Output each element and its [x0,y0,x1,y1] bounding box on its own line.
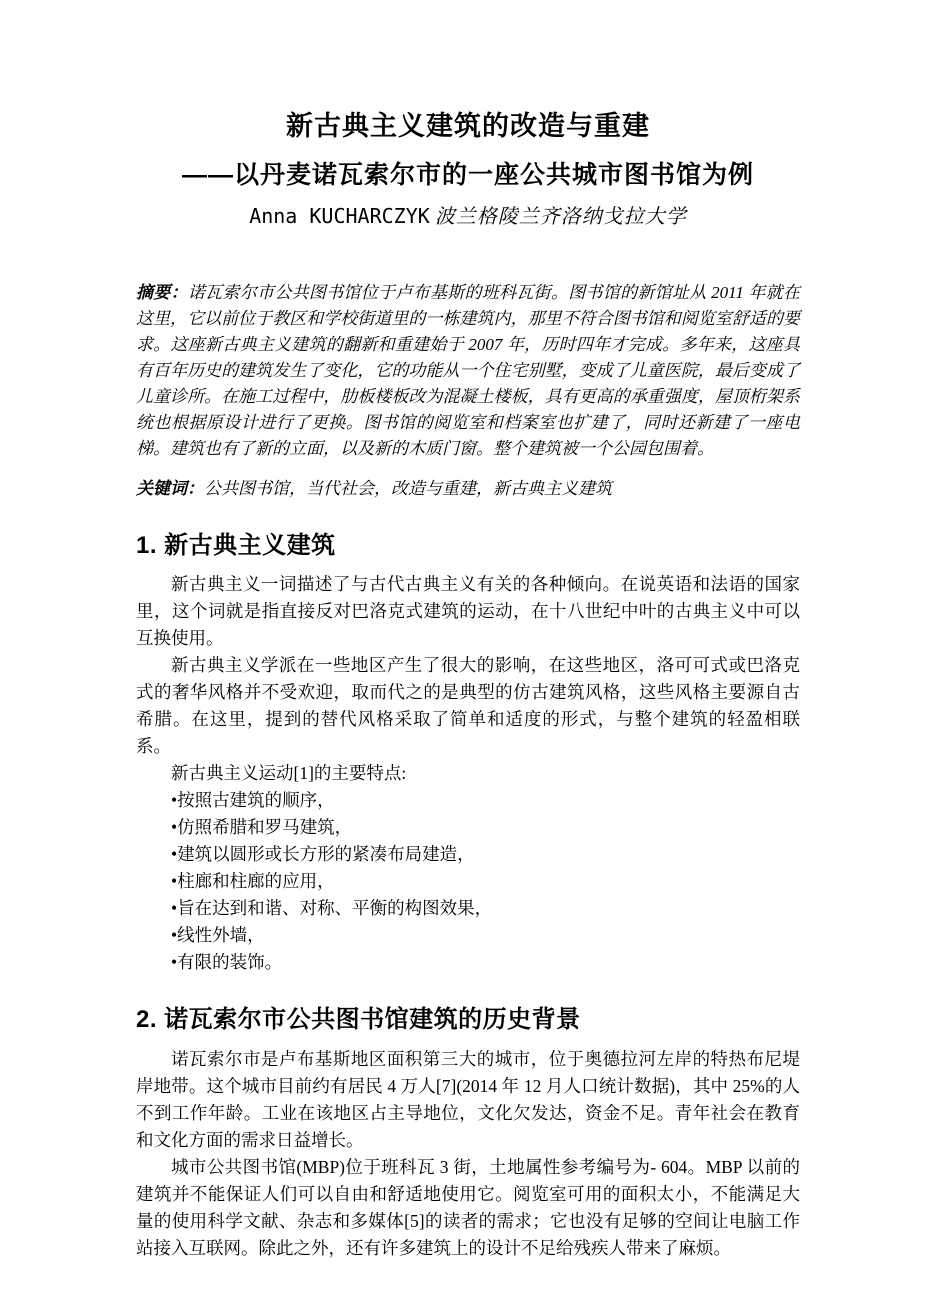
author-name: Anna KUCHARCZYK [249,204,430,228]
bullet-item: •旨在达到和谐、对称、平衡的构图效果， [136,895,800,922]
bullet-item: •按照古建筑的顺序， [136,787,800,814]
bullet-item: •建筑以圆形或长方形的紧凑布局建造， [136,841,800,868]
author-affiliation: 波兰格陵兰齐洛纳戈拉大学 [435,206,687,228]
document-page: 新古典主义建筑的改造与重建 ——以丹麦诺瓦索尔市的一座公共城市图书馆为例 Ann… [0,0,926,1309]
abstract-text: 诺瓦索尔市公共图书馆位于卢布基斯的班科瓦街。图书馆的新馆址从 2011 年就在这… [136,283,800,458]
keywords-label: 关键词： [136,479,204,498]
bullet-item: •线性外墙， [136,922,800,949]
section-2-heading: 2. 诺瓦索尔市公共图书馆建筑的历史背景 [136,1006,800,1034]
section-2: 2. 诺瓦索尔市公共图书馆建筑的历史背景 诺瓦索尔市是卢布基斯地区面积第三大的城… [136,1006,800,1262]
document-content: 新古典主义建筑的改造与重建 ——以丹麦诺瓦索尔市的一座公共城市图书馆为例 Ann… [0,0,926,1302]
keywords-line: 关键词：公共图书馆，当代社会，改造与重建，新古典主义建筑 [136,476,800,502]
abstract-label: 摘要： [136,283,188,302]
feature-bullet-list: •按照古建筑的顺序， •仿照希腊和罗马建筑， •建筑以圆形或长方形的紧凑布局建造… [136,787,800,976]
section-2-paragraph: 诺瓦索尔市是卢布基斯地区面积第三大的城市，位于奥德拉河左岸的特热布尼堤岸地带。这… [136,1046,800,1154]
section-1: 1. 新古典主义建筑 新古典主义一词描述了与古代古典主义有关的各种倾向。在说英语… [136,532,800,977]
section-1-paragraph: 新古典主义运动[1]的主要特点: [136,760,800,787]
document-title: 新古典主义建筑的改造与重建 [136,112,800,140]
section-2-paragraph: 城市公共图书馆(MBP)位于班科瓦 3 街，土地属性参考编号为- 604。MBP… [136,1154,800,1262]
abstract-paragraph: 摘要：诺瓦索尔市公共图书馆位于卢布基斯的班科瓦街。图书馆的新馆址从 2011 年… [136,280,800,462]
document-subtitle: ——以丹麦诺瓦索尔市的一座公共城市图书馆为例 [136,162,800,188]
section-1-paragraph: 新古典主义学派在一些地区产生了很大的影响，在这些地区，洛可可式或巴洛克式的奢华风… [136,652,800,760]
bullet-item: •柱廊和柱廊的应用， [136,868,800,895]
author-line: Anna KUCHARCZYK 波兰格陵兰齐洛纳戈拉大学 [136,206,800,228]
section-1-heading: 1. 新古典主义建筑 [136,532,800,560]
keywords-text: 公共图书馆，当代社会，改造与重建，新古典主义建筑 [204,479,612,498]
bullet-item: •仿照希腊和罗马建筑， [136,814,800,841]
section-1-paragraph: 新古典主义一词描述了与古代古典主义有关的各种倾向。在说英语和法语的国家里，这个词… [136,571,800,652]
bullet-item: •有限的装饰。 [136,949,800,976]
